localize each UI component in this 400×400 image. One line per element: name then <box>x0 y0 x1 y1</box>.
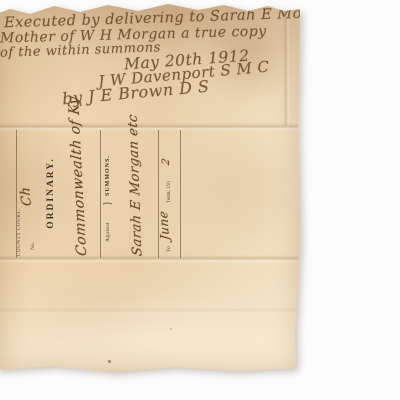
paper-sheet: Executed by delivering to Sarah E Morgan… <box>0 2 300 374</box>
paper-wrap: Executed by delivering to Sarah E Morgan… <box>0 2 300 374</box>
edge-vignette <box>0 2 300 374</box>
document-scan: Executed by delivering to Sarah E Morgan… <box>0 0 400 400</box>
